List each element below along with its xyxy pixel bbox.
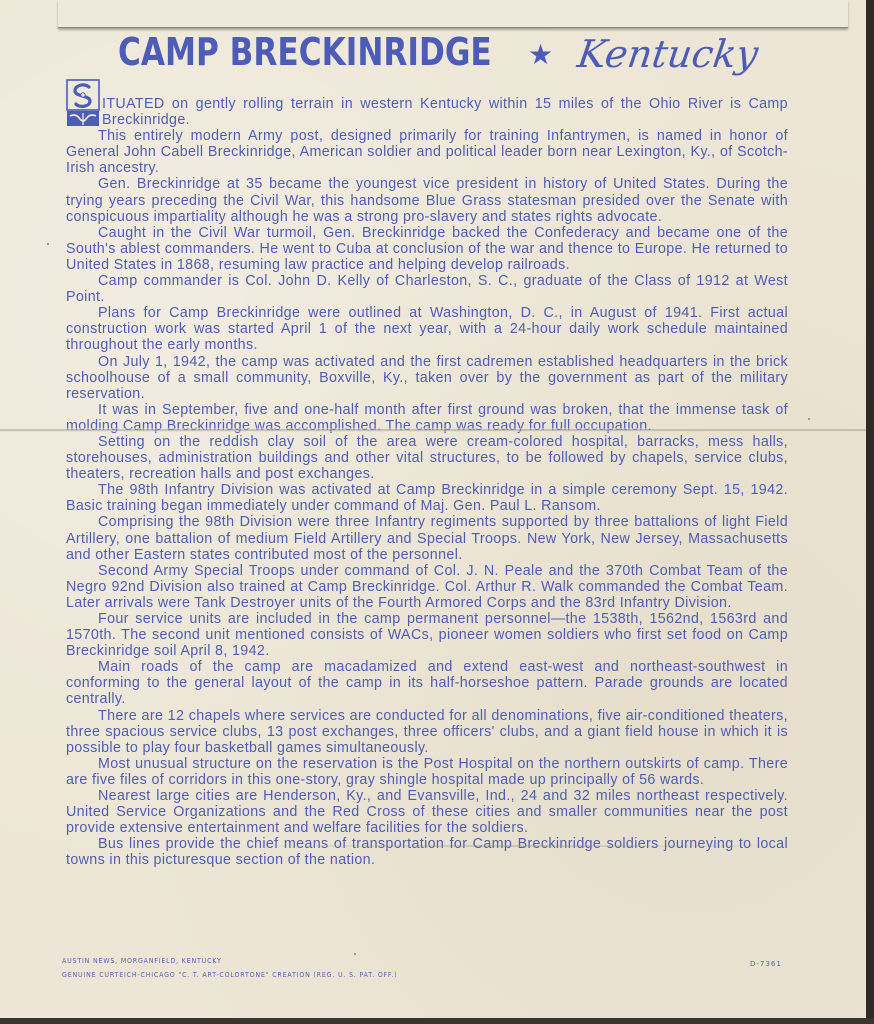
title-state: Kentucky: [575, 32, 761, 76]
printer-credit: GENUINE CURTEICH-CHICAGO "C. T. ART-COLO…: [62, 970, 397, 979]
document-page: CAMP BRECKINRIDGE ★ Kentucky S ITUATED o…: [0, 0, 866, 1018]
paragraph: Main roads of the camp are macadamized a…: [66, 659, 788, 707]
paper-fold-crease: [0, 428, 866, 432]
paragraph: The 98th Infantry Division was activated…: [66, 482, 788, 514]
overlapping-sheet-edge: [58, 0, 848, 28]
paragraph: On July 1, 1942, the camp was activated …: [66, 354, 788, 402]
paragraph: Comprising the 98th Division were three …: [66, 514, 788, 562]
paragraph: Plans for Camp Breckinridge were outline…: [66, 305, 788, 353]
scan-edge-bottom: [0, 1018, 874, 1024]
paragraph: This entirely modern Army post, designed…: [66, 128, 788, 176]
paragraph-intro: ITUATED on gently rolling terrain in wes…: [66, 96, 788, 128]
paragraph: Gen. Breckinridge at 35 became the young…: [66, 176, 788, 224]
title-camp-name: CAMP BRECKINRIDGE: [118, 30, 492, 74]
paragraph: Four service units are included in the c…: [66, 611, 788, 659]
paper-speck: [808, 418, 810, 420]
paper-scratch: [230, 845, 790, 847]
paper-speck: [47, 243, 49, 245]
article-body: ITUATED on gently rolling terrain in wes…: [66, 96, 788, 869]
paragraph: Nearest large cities are Henderson, Ky.,…: [66, 788, 788, 836]
paragraph: Second Army Special Troops under command…: [66, 563, 788, 611]
paragraph: Bus lines provide the chief means of tra…: [66, 836, 788, 868]
paragraph: Camp commander is Col. John D. Kelly of …: [66, 273, 788, 305]
paper-speck: [354, 953, 356, 955]
catalog-code: D-7361: [750, 959, 782, 968]
page-title: CAMP BRECKINRIDGE ★ Kentucky: [118, 28, 758, 88]
paragraph: Most unusual structure on the reservatio…: [66, 756, 788, 788]
publisher-credit: AUSTIN NEWS, MORGANFIELD, KENTUCKY: [62, 956, 222, 965]
paragraph: Setting on the reddish clay soil of the …: [66, 434, 788, 482]
scan-edge-right: [866, 0, 874, 1024]
paragraph: Caught in the Civil War turmoil, Gen. Br…: [66, 225, 788, 273]
paragraph: There are 12 chapels where services are …: [66, 708, 788, 756]
star-icon: ★: [528, 38, 553, 71]
